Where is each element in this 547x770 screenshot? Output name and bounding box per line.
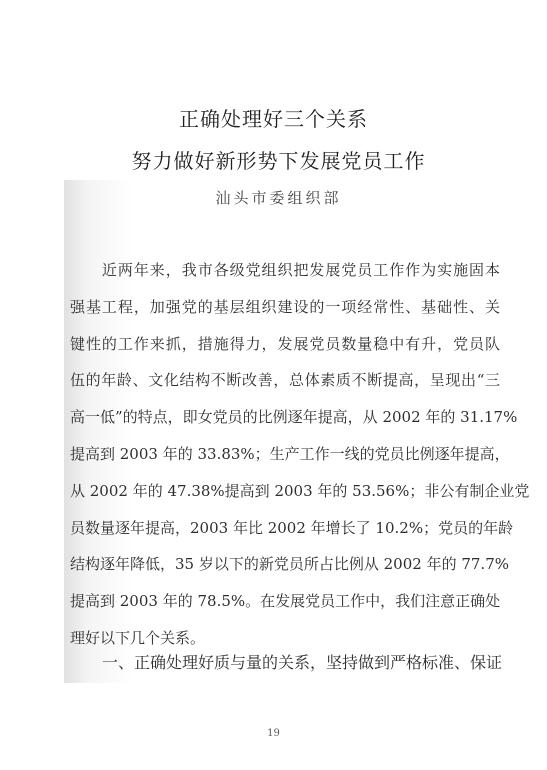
document-title-line-1: 正确处理好三个关系 [0,103,547,132]
paragraph-line: 提高到 2003 年的 33.83%；生产工作一线的党员比例逐年提高， [70,436,500,473]
paragraph-line: 提高到 2003 年的 78.5%。在发展党员工作中，我们注意正确处 [70,583,500,620]
paragraph-line: 员数量逐年提高，2003 年比 2002 年增长了 10.2%；党员的年龄 [70,510,500,547]
document-title-line-2: 努力做好新形势下发展党员工作 [0,145,547,174]
document-author: 汕头市委组织部 [0,187,547,208]
paragraph-line: 结构逐年降低，35 岁以下的新党员所占比例从 2002 年的 77.7% [70,546,500,583]
paragraph-line: 伍的年龄、文化结构不断改善，总体素质不断提高，呈现出“三 [70,362,500,399]
page-number: 19 [0,728,547,739]
section-heading: 一、正确处理好质与量的关系，坚持做到严格标准、保证 [70,650,500,673]
paragraph-line: 从 2002 年的 47.38%提高到 2003 年的 53.56%；非公有制企… [70,473,500,510]
paragraph-line: 高一低”的特点，即女党员的比例逐年提高，从 2002 年的 31.17% [70,399,500,436]
paragraph-line: 强基工程，加强党的基层组织建设的一项经常性、基础性、关 [70,289,500,326]
body-paragraph: 近两年来，我市各级党组织把发展党员工作作为实施固本 强基工程，加强党的基层组织建… [70,252,500,657]
paragraph-line: 近两年来，我市各级党组织把发展党员工作作为实施固本 [70,252,500,289]
paragraph-line: 键性的工作来抓，措施得力，发展党员数量稳中有升，党员队 [70,326,500,363]
